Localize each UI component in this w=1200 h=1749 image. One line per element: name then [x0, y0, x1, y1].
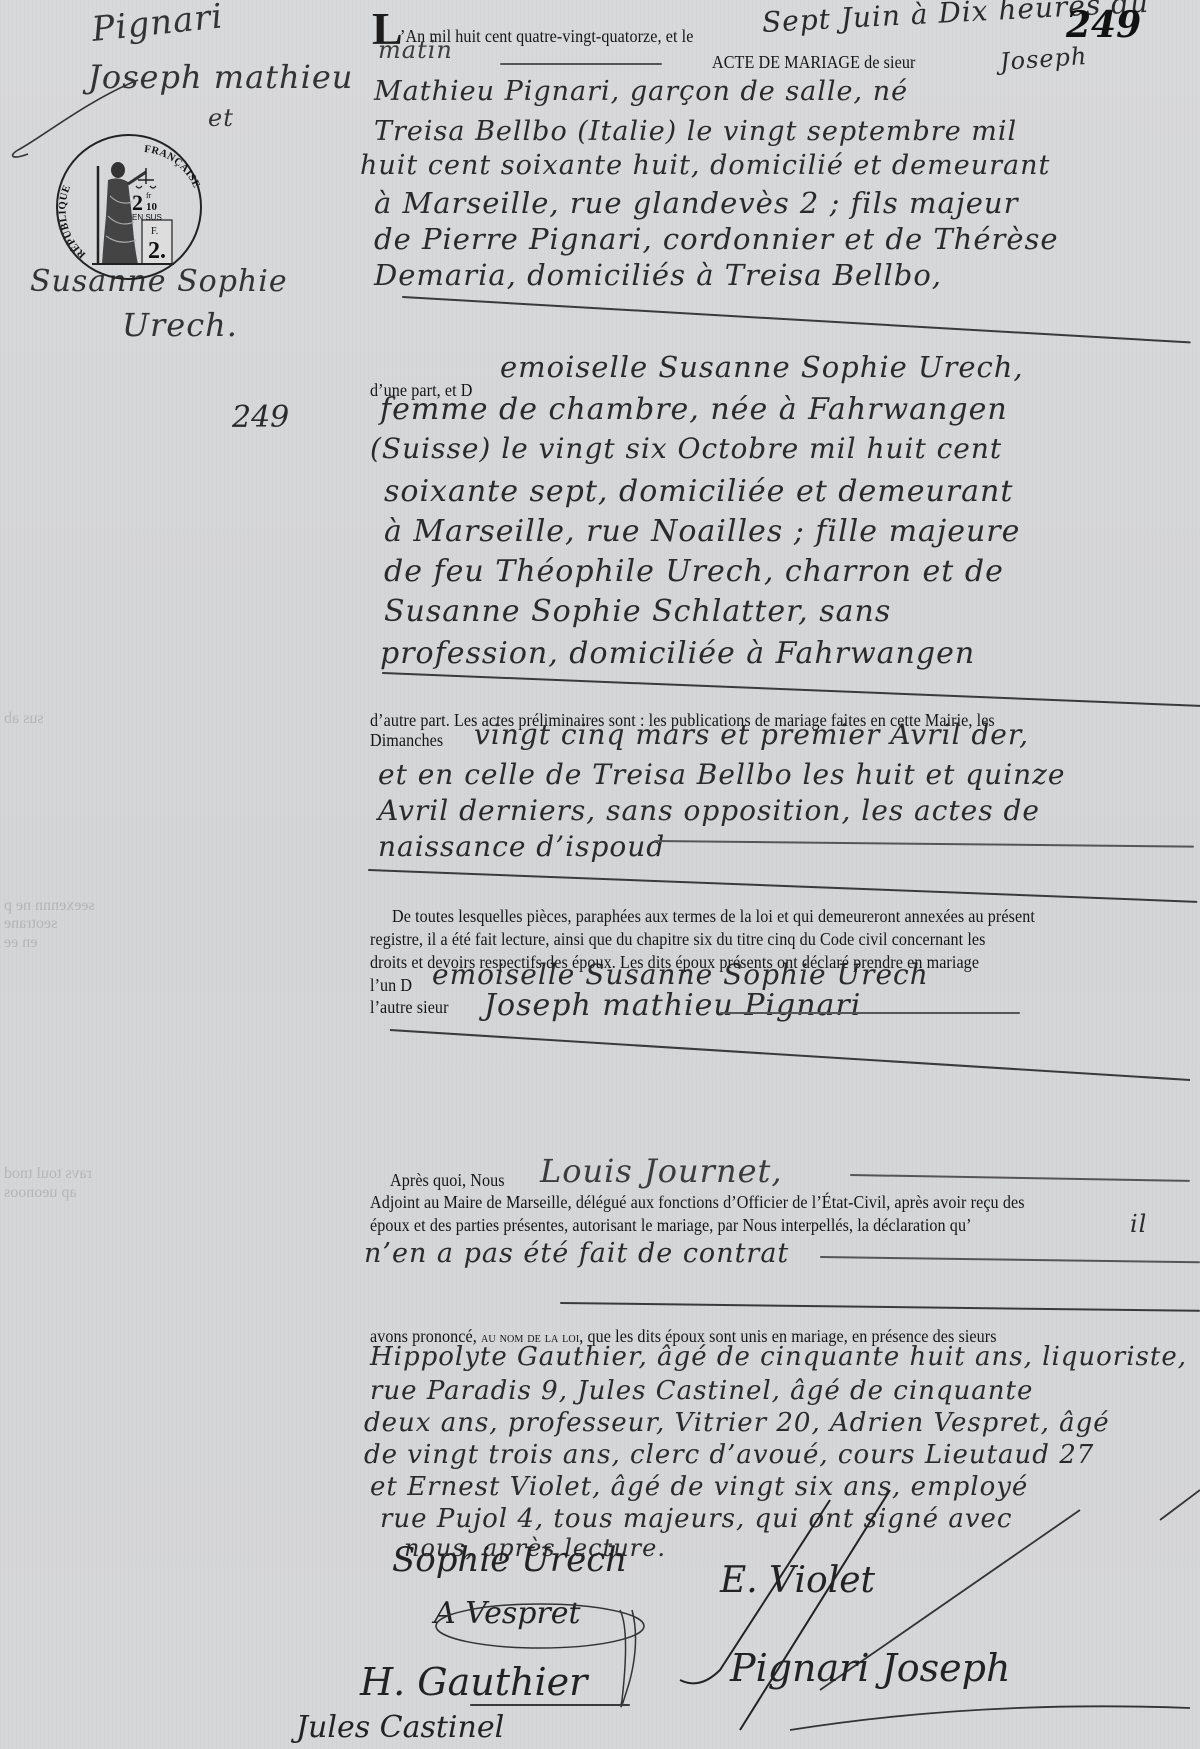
handwritten-bride-name: emoiselle Susanne Sophie Urech — [432, 958, 929, 991]
handwritten-bride-line-8: profession, domiciliée à Fahrwangen — [380, 636, 975, 671]
printed-apres-quoi: Après quoi, Nous — [390, 1170, 505, 1191]
signature-witness-castinel: Jules Castinel — [296, 1710, 504, 1745]
handwritten-bride-line-7: Susanne Sophie Schlatter, sans — [384, 594, 891, 629]
fill-line — [850, 1174, 1190, 1181]
handwritten-groom-line-1: Mathieu Pignari, garçon de salle, né — [374, 76, 908, 107]
fill-line — [560, 1302, 1200, 1312]
handwritten-bride-line-6: de feu Théophile Urech, charron et de — [384, 554, 1004, 589]
handwritten-witness-line-4: de vingt trois ans, clerc d’avoué, cours… — [364, 1440, 1094, 1470]
signature-underline — [470, 1704, 630, 1706]
margin-groom-surname: Pignari — [90, 0, 225, 50]
svg-text:10: 10 — [146, 201, 158, 213]
margin-bride-surname: Urech. — [122, 306, 238, 344]
handwritten-declaration-end: il — [1130, 1210, 1147, 1238]
bleed-through-text: sus ab — [4, 710, 44, 728]
signature-underline — [780, 1690, 1200, 1740]
printed-pieces-line-2: registre, il a été fait lecture, ainsi q… — [370, 929, 986, 950]
signature-witness-gauthier: H. Gauthier — [360, 1660, 587, 1704]
signature-bride: Sophie Urech — [392, 1540, 627, 1580]
fill-line — [402, 296, 1191, 343]
fiscal-stamp: 2 fr 10 EN SUS F. 2. RÉPUBLIQUE FRANÇAIS… — [56, 134, 202, 280]
handwritten-publication-line-4: naissance d’ispoud — [378, 830, 665, 863]
handwritten-bride-line-3: (Suisse) le vingt six Octobre mil huit c… — [370, 432, 1002, 465]
handwritten-witness-line-3: deux ans, professeur, Vitrier 20, Adrien… — [364, 1408, 1110, 1438]
handwritten-bride-line-2: femme de chambre, née à Fahrwangen — [380, 392, 1008, 427]
handwritten-groom-line-5: de Pierre Pignari, cordonnier et de Thér… — [374, 222, 1059, 256]
marianne-justice-icon: 2 fr 10 EN SUS F. 2. RÉPUBLIQUE FRANÇAIS… — [58, 136, 204, 282]
printed-adjoint-line-2: époux et des parties présentes, autorisa… — [370, 1215, 972, 1236]
svg-text:2: 2 — [132, 190, 143, 215]
signature-witness-violet: E. Violet — [720, 1560, 875, 1601]
handwritten-publication-line-2: et en celle de Treisa Bellbo les huit et… — [378, 758, 1066, 791]
handwritten-bride-line-5: à Marseille, rue Noailles ; fille majeur… — [384, 514, 1020, 549]
bleed-through-text: ravs toul tnod — [4, 1165, 92, 1183]
document-page: sus ab seexennn ne p seotrane en ee ravs… — [0, 0, 1200, 1749]
signature-groom: Pignari Joseph — [730, 1646, 1010, 1690]
handwritten-groom-line-4: à Marseille, rue glandevès 2 ; fils maje… — [374, 186, 1018, 220]
fill-line — [368, 869, 1197, 903]
printed-adjoint-line-1: Adjoint au Maire de Marseille, délégué a… — [370, 1192, 1025, 1213]
handwritten-groom-first-name: Joseph — [999, 42, 1088, 76]
bleed-through-text: seexennn ne p — [4, 897, 95, 915]
handwritten-bride-line-1: emoiselle Susanne Sophie Urech, — [500, 350, 1024, 384]
svg-text:EN SUS: EN SUS — [132, 213, 162, 222]
bleed-through-text: ap ueonoos — [4, 1184, 76, 1202]
handwritten-contract: n’en a pas été fait de contrat — [364, 1238, 789, 1269]
handwritten-groom-line-3: huit cent soixante huit, domicilié et de… — [360, 150, 1050, 181]
svg-text:FRANÇAISE: FRANÇAISE — [144, 144, 202, 190]
fill-line — [380, 1010, 1200, 1090]
fill-line — [500, 63, 662, 65]
corner-act-number: 249 — [1066, 4, 1141, 46]
svg-text:2.: 2. — [148, 238, 166, 264]
fill-line — [382, 672, 1200, 707]
margin-conjunction: et — [208, 104, 234, 132]
handwritten-publication-line-1: vingt cinq mars et premier Avril der, — [474, 718, 1029, 751]
bleed-through-text: seotrane — [4, 915, 57, 933]
printed-dimanches: Dimanches — [370, 730, 443, 751]
printed-lun: l’un D — [370, 975, 412, 996]
handwritten-matin: matin — [378, 36, 453, 64]
handwritten-publication-line-3: Avril derniers, sans opposition, les act… — [378, 794, 1040, 827]
handwritten-witness-line-1: Hippolyte Gauthier, âgé de cinquante hui… — [370, 1342, 1187, 1372]
handwritten-groom-line-6: Demaria, domiciliés à Treisa Bellbo, — [374, 258, 942, 292]
handwritten-bride-line-4: soixante sept, domiciliée et demeurant — [384, 474, 1013, 509]
svg-text:F.: F. — [151, 226, 158, 237]
printed-act-title: ACTE DE MARIAGE de sieur — [712, 52, 915, 73]
handwritten-officer-name: Louis Journet, — [540, 1152, 783, 1190]
handwritten-witness-line-2: rue Paradis 9, Jules Castinel, âgé de ci… — [370, 1376, 1033, 1406]
bleed-through-text: en ee — [4, 934, 37, 952]
fill-line — [654, 840, 1194, 847]
svg-text:fr: fr — [146, 191, 152, 200]
fill-line — [820, 1256, 1200, 1263]
handwritten-groom-line-2: Treisa Bellbo (Italie) le vingt septembr… — [374, 116, 1017, 147]
signature-underline — [430, 1590, 650, 1660]
printed-pieces-line-1: De toutes lesquelles pièces, paraphées a… — [392, 906, 1035, 927]
svg-text:RÉPUBLIQUE: RÉPUBLIQUE — [58, 183, 88, 260]
margin-act-number: 249 — [232, 400, 289, 435]
